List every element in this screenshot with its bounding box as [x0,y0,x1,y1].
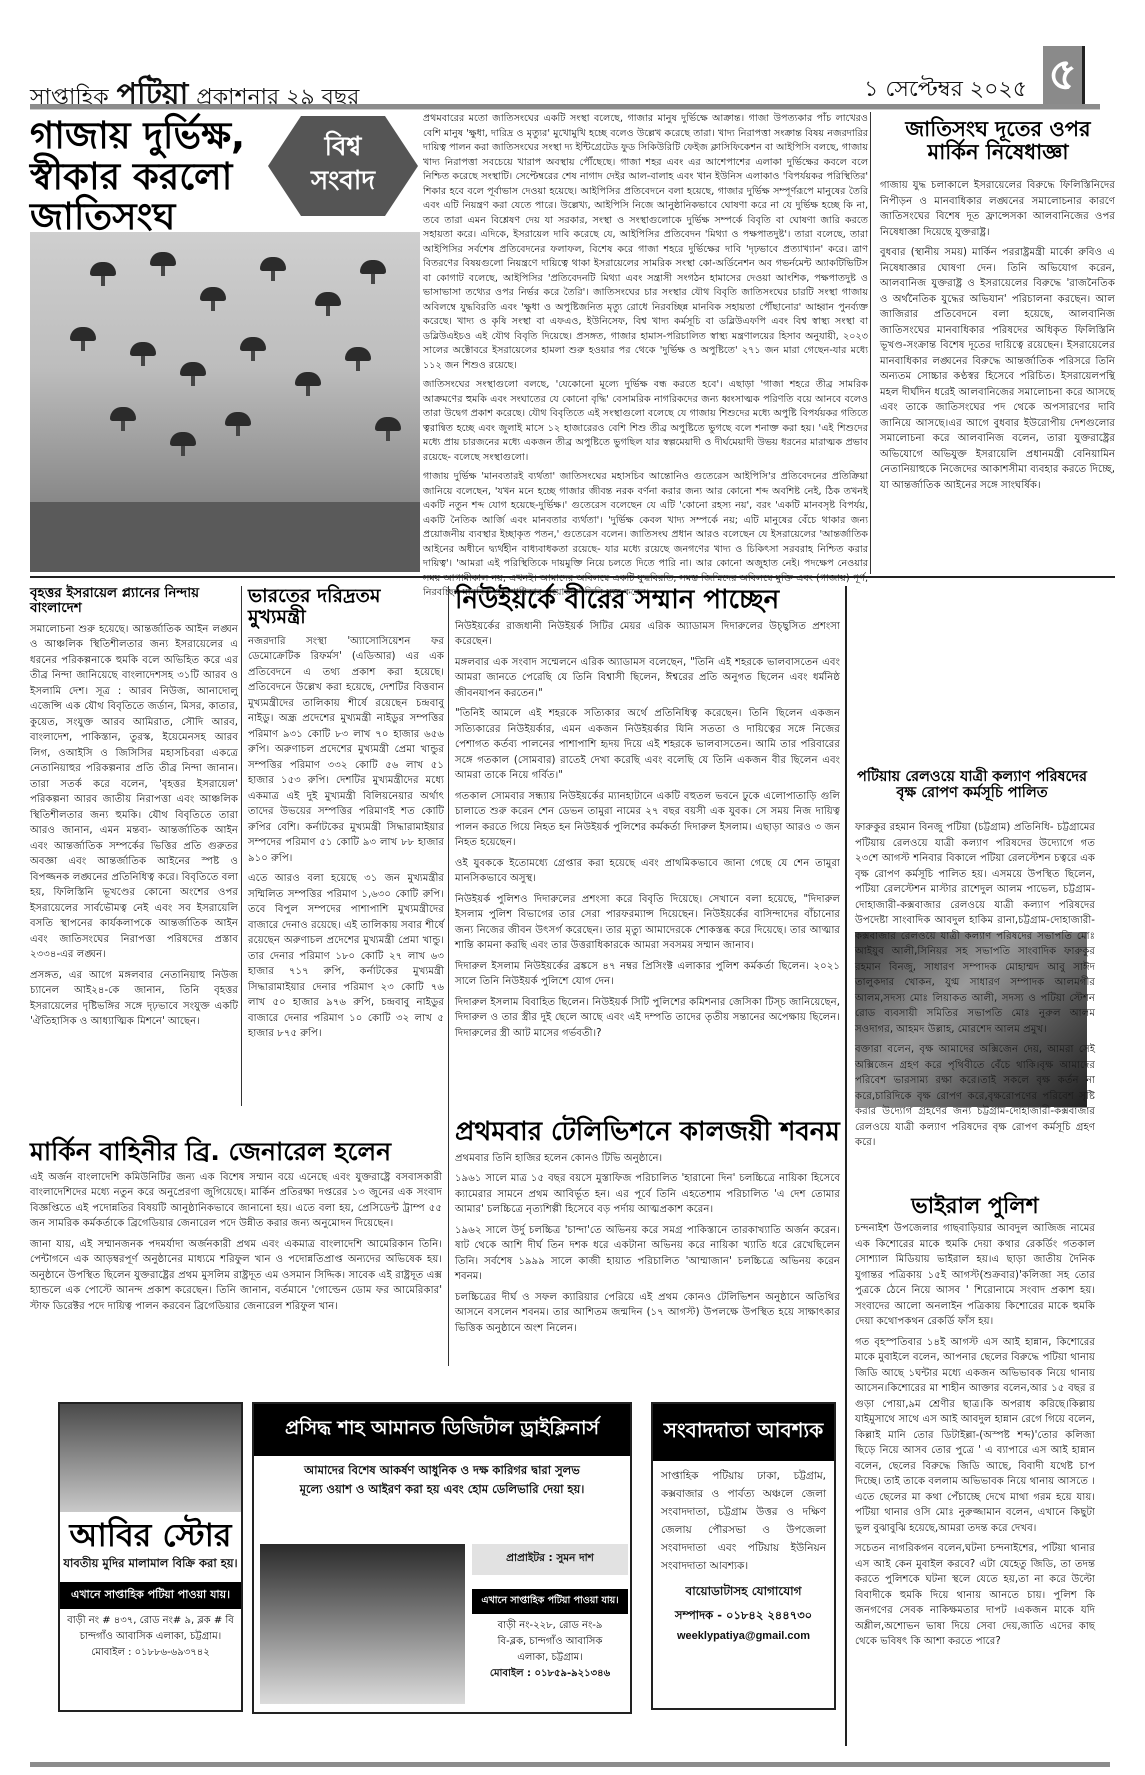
viral-police-story: ভাইরাল পুলিশ চন্দনাইশ উপজেলার গাছবাড়িয়… [855,1195,1095,1655]
correspondent-wanted-body: সাপ্তাহিক পটিয়ায় ঢাকা, চট্টগ্রাম, কক্স… [653,1461,834,1575]
brig-general-paragraph: জানা যায়, এই সম্মানজনক পদমর্যাদা অর্জনক… [30,1237,442,1315]
viral-police-paragraph: চন্দনাইশ উপজেলার গাছবাড়িয়ার আবদুল আজিজ… [855,1221,1095,1330]
un-envoy-paragraph: বুধবার (স্থানীয় সময়) মার্কিন পররাষ্ট্র… [880,245,1115,493]
airdrop-parachutes-photo [30,232,420,572]
poorest-cm-story: ভারতের দরিদ্রতম মুখ্যমন্ত্রী নজরদারি সংস… [248,586,444,1047]
greater-israel-paragraph: প্রসঙ্গত, এর আগে মঙ্গলবার নেতানিয়াহু নি… [30,968,238,1030]
contact-email-link[interactable]: weeklypatiya@gmail.com [653,1630,834,1642]
ad-abir-store: আবির স্টোর যাবতীয় মুদির মালামাল বিক্রি … [58,1402,243,1712]
tree-planting-paragraph: বক্তারা বলেন, বৃক্ষ আমাদের অক্সিজেন দেয়… [855,1042,1095,1151]
un-envoy-headline: জাতিসংঘ দূতের ওপর মার্কিন নিষেধাজ্ঞা [878,118,1118,164]
ny-hero-paragraph: ওই যুবককে ইতোমধ্যে গ্রেপ্তার করা হয়েছে … [455,856,840,887]
man-ironing-photo [260,1544,465,1704]
lead-headline-line-2: স্বীকার করলো [30,157,295,198]
ny-hero-story: নিউইয়র্কে বীরের সম্মান পাচ্ছেন নিউইয়র্… [455,586,840,1046]
dry-cleaners-title: প্রসিদ্ধ শাহ আমানত ডিজিটাল ড্রাইক্লিনার্… [254,1404,630,1456]
ny-hero-paragraph: গতকাল সোমবার সন্ধ্যায় নিউইয়র্কের ম্যান… [455,789,840,851]
dry-cleaners-tagline-1: আমাদের বিশেষ আকর্ষণ আধুনিক ও দক্ষ কারিগর… [254,1462,630,1481]
brig-general-headline: মার্কিন বাহিনীর ব্রি. জেনারেল হলেন [30,1138,442,1166]
un-envoy-body: গাজায় যুদ্ধ চলাকালে ইসরায়েলের বিরুদ্ধে… [880,178,1115,498]
column-divider [870,112,871,574]
poorest-cm-headline: ভারতের দরিদ্রতম মুখ্যমন্ত্রী [248,586,444,628]
column-divider [241,586,242,1106]
tree-planting-body: ফারুকুর রহমান বিনজু পটিয়া (চট্টগ্রাম) প… [855,820,1095,1156]
lead-paragraph: প্রথমবারের মতো জাতিসংঘের একটি সংস্থা বলে… [423,112,868,373]
abir-store-mobile: মোবাইল : ০১৮৮৬-৬৯৩৭৪২ [60,1645,241,1661]
dry-cleaners-mobile: মোবাইল : ০১৮৫৯-৯২১৩৪৬ [472,1666,628,1682]
brig-general-story: মার্কিন বাহিনীর ব্রি. জেনারেল হলেন এই অর… [30,1138,442,1319]
abir-store-availability: এখানে সাপ্তাহিক পটিয়া পাওয়া যায়। [60,1582,241,1609]
ny-hero-paragraph: নিউইয়র্ক পুলিশও দিদারুলের প্রশংসা করে ব… [455,892,840,954]
correspondent-contact-heading: বায়োডাটাসহ যোগাযোগ [653,1583,834,1603]
ny-hero-paragraph: মঙ্গলবার এক সংবাদ সম্মেলনে এরিক অ্যাডামস… [455,655,840,702]
abir-store-address-2: চান্দগাঁও আবাসিক এলাকা, চট্টগ্রাম। [60,1629,241,1645]
ny-hero-paragraph: নিউইয়র্কের রাজধানী নিউইয়র্ক সিটির মেয়… [455,619,840,650]
tree-planting-paragraph: ফারুকুর রহমান বিনজু পটিয়া (চট্টগ্রাম) প… [855,820,1095,1037]
lead-paragraph: গাজায় দুর্ভিক্ষ 'মানবতারই ব্যর্থতা' জাত… [423,470,868,601]
ad-dry-cleaners: প্রসিদ্ধ শাহ আমানত ডিজিটাল ড্রাইক্লিনার্… [252,1402,632,1714]
dry-cleaners-proprietor: প্রাপ্রাইটর : সুমন দাশ [472,1544,628,1575]
dry-cleaners-address-1: বাড়ী নং-২২৮, রোড নং-৯ [472,1618,628,1634]
shabnam-headline: প্রথমবার টেলিভিশনে কালজয়ী শবনম [455,1118,840,1147]
dry-cleaners-availability: এখানে সাপ্তাহিক পটিয়া পাওয়া যায়। [472,1589,628,1614]
greater-israel-headline: বৃহত্তর ইসরায়েল প্ল্যানের নিন্দায় বাংল… [30,586,238,616]
masthead: সাপ্তাহিকপটিয়াপ্রকাশনার ২৯ বছর ১ সেপ্টে… [30,58,1125,102]
ny-hero-paragraph: দিদারুল ইসলাম বিবাহিত ছিলেন। নিউইয়র্ক স… [455,995,840,1042]
column-divider [845,586,847,1746]
correspondent-wanted-title: সংবাদদাতা আবশ্যক [653,1404,834,1461]
ny-hero-headline: নিউইয়র্কে বীরের সম্মান পাচ্ছেন [455,586,840,615]
abir-store-title: আবির স্টোর [60,1518,241,1553]
page-number: ৫ [1043,46,1085,104]
editor-phone: সম্পাদক - ০১৮৪২ ২৪৪৭৩০ [653,1607,834,1626]
ny-hero-paragraph: "তিনিই আমলে এই শহরকে সত্যিকার অর্থে প্রত… [455,706,840,784]
shabnam-story: প্রথমবার টেলিভিশনে কালজয়ী শবনম প্রথমবার… [455,1118,840,1341]
viral-police-paragraph: সচেতন নাগরিকগন বলেন,ঘটনা চন্দনাইশের, পটি… [855,1541,1095,1650]
abir-store-address-1: বাড়ী নং # ৪৩৭, রোড নং# ৯, ব্লক # বি [60,1613,241,1629]
greater-israel-story: বৃহত্তর ইসরায়েল প্ল্যানের নিন্দায় বাংল… [30,586,238,1035]
shabnam-paragraph: প্রথমবার তিনি হাজির হলেন কোনও টিভি অনুষ্… [455,1151,840,1167]
footer-rule [30,1762,1110,1767]
tree-planting-headline: পটিয়ায় রেলওয়ে যাত্রী কল্যাণ পরিষদের ব… [852,770,1092,802]
lead-article-body: প্রথমবারের মতো জাতিসংঘের একটি সংস্থা বলে… [423,112,868,606]
greater-israel-paragraph: সমালোচনা শুরু হয়েছে। আন্তর্জাতিক আইন লঙ… [30,622,238,963]
ny-hero-paragraph: দিদারুল ইসলাম নিউইয়র্কের ব্রঙ্কসে ৪৭ নম… [455,959,840,990]
dry-cleaners-tagline-2: মূল্যে ওয়াশ ও আইরণ করা হয় এবং হোম ডেলি… [254,1481,630,1500]
shabnam-paragraph: ১৯৬১ সালে মাত্র ১৫ বছর বয়সে মুস্তাফিজ প… [455,1171,840,1218]
shabnam-paragraph: চলচ্চিত্রের দীর্ঘ ও সফল ক্যারিয়ার পেরিয… [455,1290,840,1337]
section-divider [30,576,1115,578]
viral-police-headline: ভাইরাল পুলিশ [855,1195,1095,1219]
lead-headline-line-1: গাজায় দুর্ভিক্ষ, [30,116,295,157]
lead-headline: গাজায় দুর্ভিক্ষ, স্বীকার করলো জাতিসংঘ [30,116,295,238]
column-divider [448,586,449,1366]
brig-general-paragraph: এই অর্জন বাংলাদেশি কমিউনিটির জন্য এক বিশ… [30,1170,442,1232]
viral-police-paragraph: গত বৃহস্পতিবার ১৪ই আগস্ট এস আই হান্নান, … [855,1335,1095,1537]
grocery-store-photo [60,1404,241,1512]
masthead-rule [30,104,1100,110]
abir-store-subtitle: যাবতীয় মুদির মালামাল বিক্রি করা হয়। [60,1555,241,1574]
un-envoy-paragraph: গাজায় যুদ্ধ চলাকালে ইসরায়েলের বিরুদ্ধে… [880,178,1115,240]
lead-paragraph: জাতিসংঘের সংস্থাগুলো বলছে, 'যেকোনো মূল্য… [423,378,868,465]
shabnam-paragraph: ১৯৬২ সালে উর্দু চলচ্চিত্র 'চান্দা'তে অভি… [455,1223,840,1285]
ad-correspondent-wanted: সংবাদদাতা আবশ্যক সাপ্তাহিক পটিয়ায় ঢাকা… [651,1402,836,1710]
poorest-cm-paragraph: এতে আরও বলা হয়েছে ৩১ জন মুখ্যমন্ত্রীর স… [248,871,444,1042]
dry-cleaners-address-3: এলাকা, চট্টগ্রাম। [472,1650,628,1666]
dry-cleaners-address-2: বি-ব্লক, চান্দগাঁও আবাসিক [472,1634,628,1650]
poorest-cm-paragraph: নজরদারি সংস্থা 'অ্যাসোসিয়েশন ফর ডেমোক্র… [248,634,444,867]
